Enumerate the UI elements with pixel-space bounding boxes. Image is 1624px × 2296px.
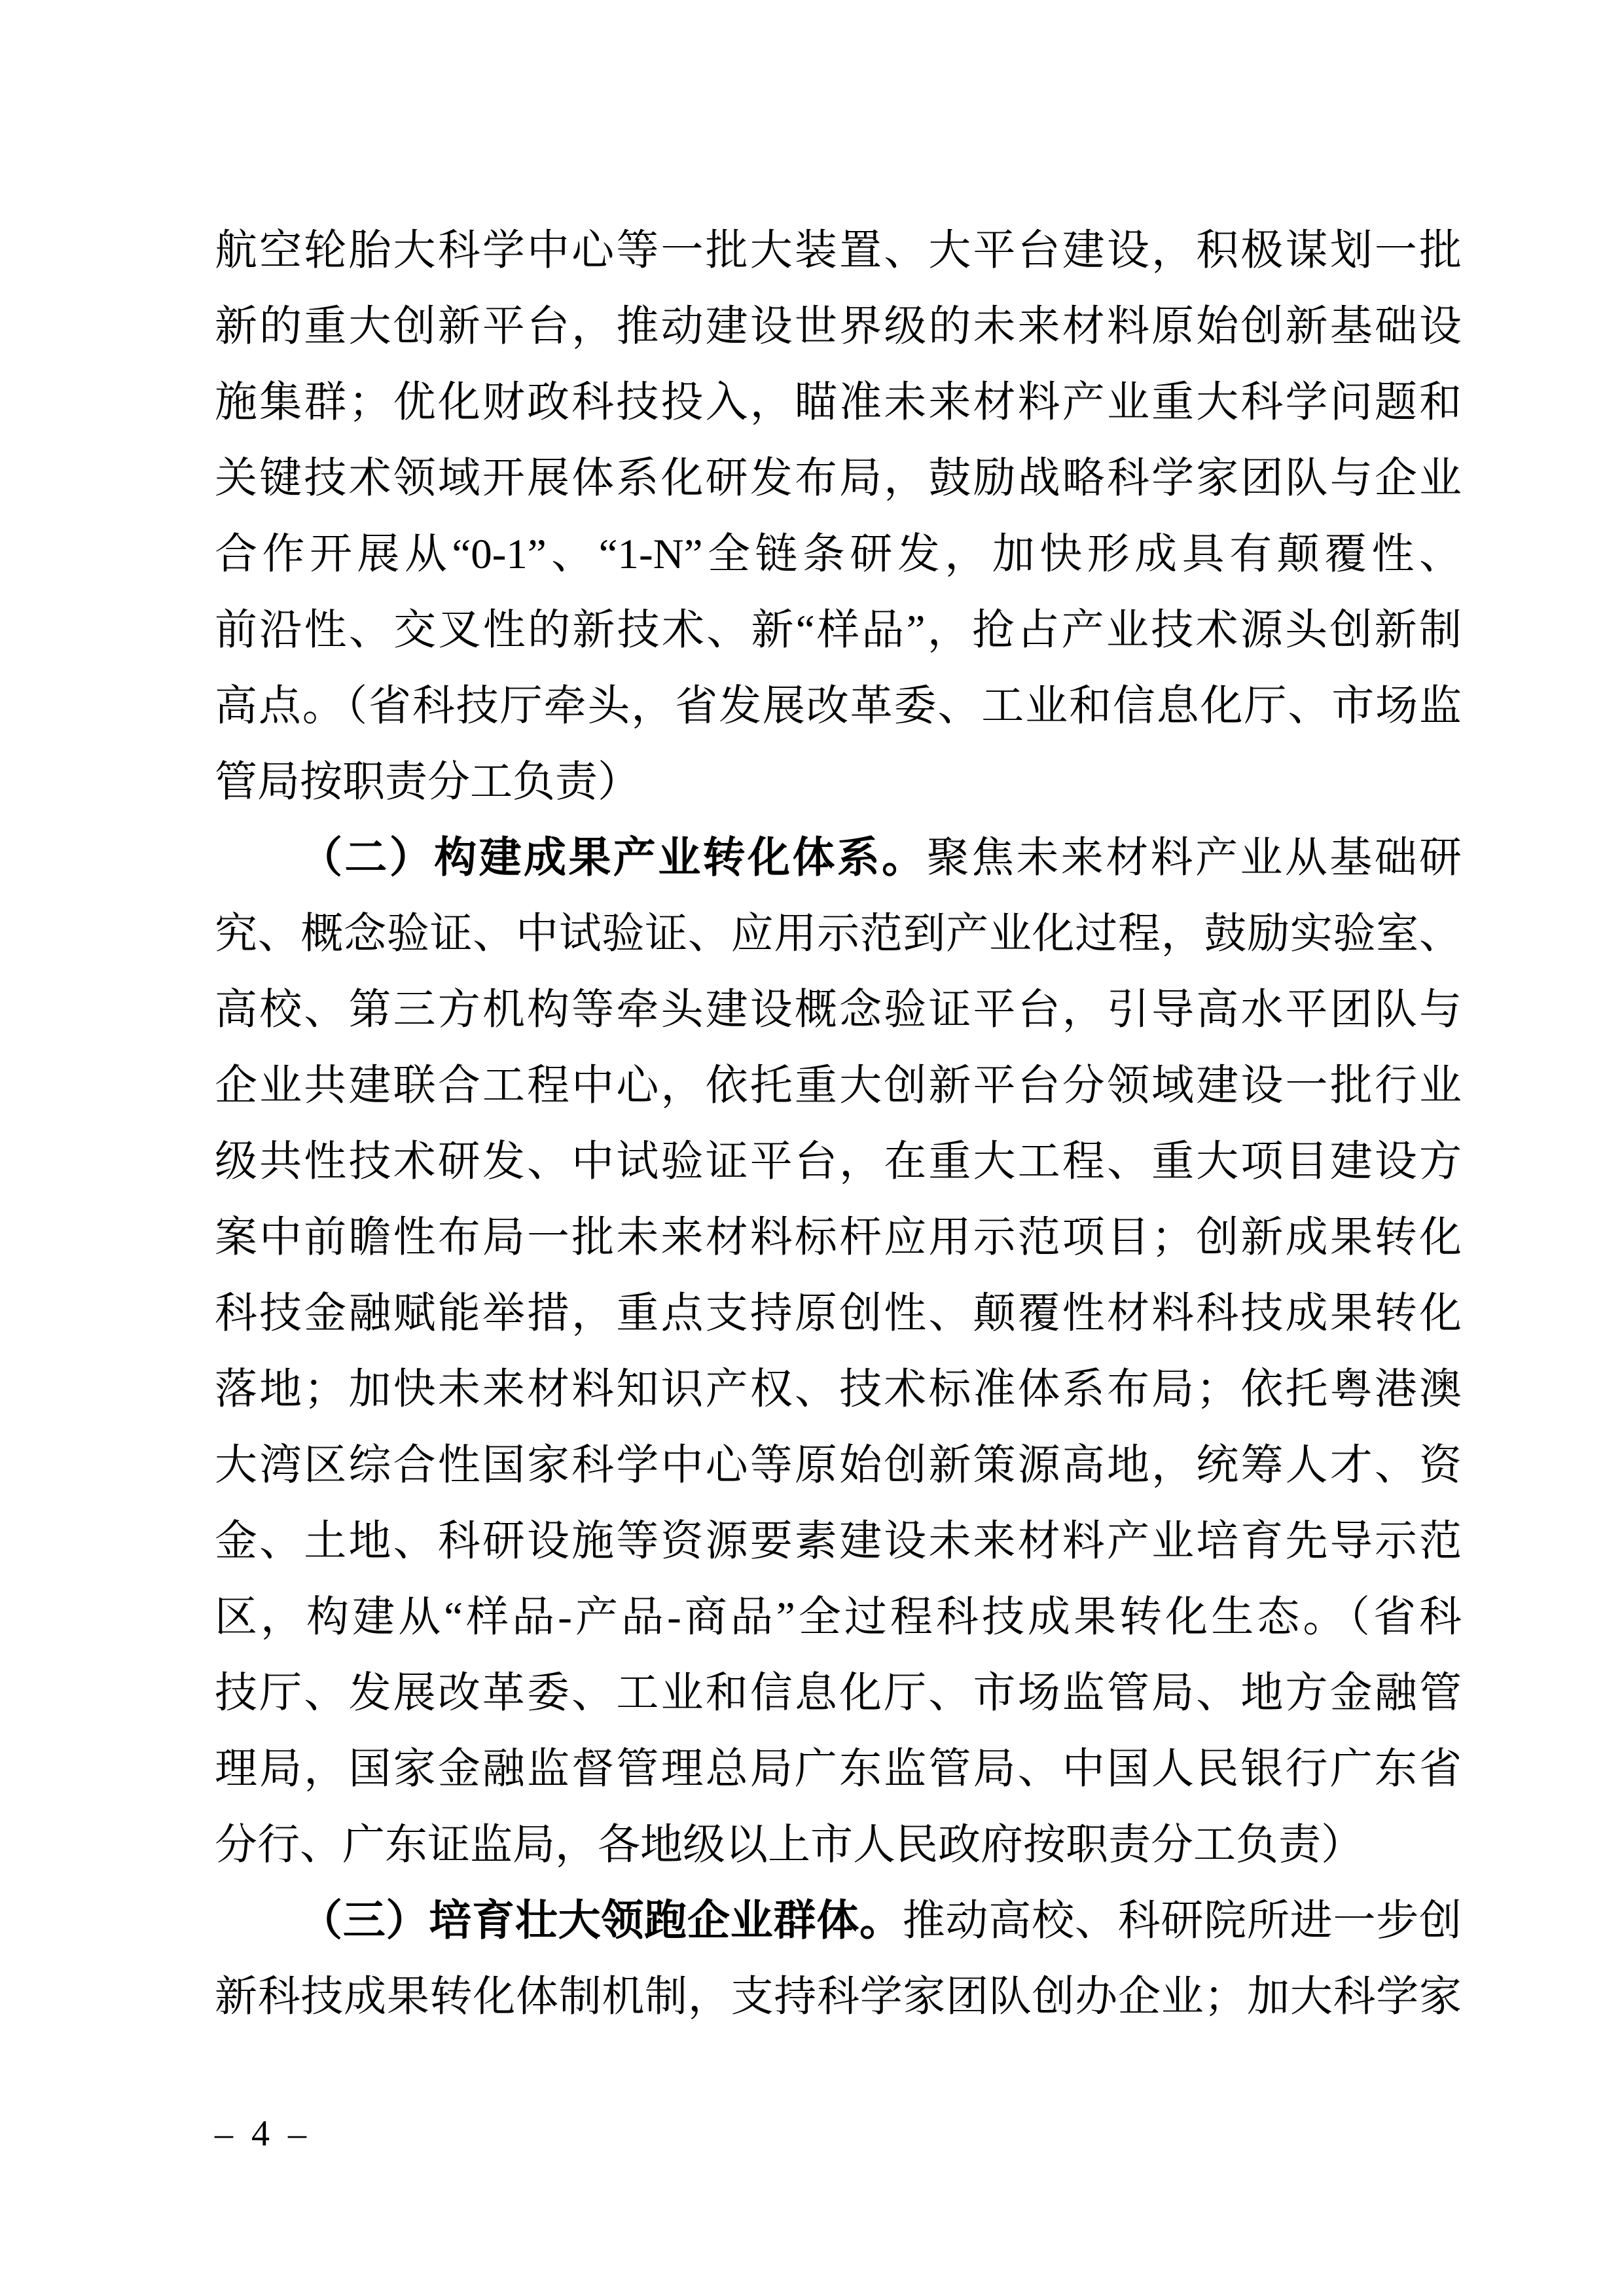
text-segment: 技厅、发展改革委、工业和信息化厅、市场监管局、地方金融管 [215, 1670, 1462, 1717]
page-number: – 4 – [215, 2113, 306, 2155]
text-line: 金、土地、科研设施等资源要素建设未来材料产业培育先导示范 [215, 1503, 1462, 1579]
text-line: 施集群；优化财政科技投入，瞄准未来材料产业重大科学问题和 [215, 365, 1462, 440]
text-segment: 理局，国家金融监督管理总局广东监管局、中国人民银行广东省 [215, 1746, 1462, 1793]
text-line: 合作开展从“0-1”、“1-N”全链条研发，加快形成具有颠覆性、 [215, 516, 1462, 592]
text-segment: 企业共建联合工程中心，依托重大创新平台分领域建设一批行业 [215, 1062, 1462, 1109]
section-heading-text: （三）培育壮大领跑企业群体。 [300, 1897, 903, 1945]
text-segment: 施集群；优化财政科技投入，瞄准未来材料产业重大科学问题和 [215, 379, 1462, 426]
text-line: 理局，国家金融监督管理总局广东监管局、中国人民银行广东省 [215, 1731, 1462, 1807]
text-line: 科技金融赋能举措，重点支持原创性、颠覆性材料科技成果转化 [215, 1276, 1462, 1352]
document-body: 航空轮胎大科学中心等一批大装置、大平台建设，积极谋划一批新的重大创新平台，推动建… [215, 213, 1462, 2035]
text-line: （三）培育壮大领跑企业群体。推动高校、科研院所进一步创 [215, 1883, 1462, 1959]
text-segment: 案中前瞻性布局一批未来材料标杆应用示范项目；创新成果转化 [215, 1214, 1462, 1261]
text-segment: 新科技成果转化体制机制，支持科学家团队创办企业；加大科学家 [215, 1973, 1462, 2020]
text-segment: 高点。（省科技厅牵头，省发展改革委、工业和信息化厅、市场监 [215, 683, 1462, 730]
text-segment: 聚焦未来材料产业从基础研 [927, 834, 1462, 882]
text-segment: 落地；加快未来材料知识产权、技术标准体系布局；依托粤港澳 [215, 1366, 1462, 1413]
text-line: 新科技成果转化体制机制，支持科学家团队创办企业；加大科学家 [215, 1959, 1462, 2035]
text-line: 大湾区综合性国家科学中心等原始创新策源高地，统筹人才、资 [215, 1427, 1462, 1503]
text-segment: 前沿性、交叉性的新技术、新“样品”，抢占产业技术源头创新制 [215, 607, 1462, 654]
text-line: 技厅、发展改革委、工业和信息化厅、市场监管局、地方金融管 [215, 1655, 1462, 1731]
text-line: 航空轮胎大科学中心等一批大装置、大平台建设，积极谋划一批 [215, 213, 1462, 289]
text-segment: 合作开展从“0-1”、“1-N”全链条研发，加快形成具有颠覆性、 [215, 531, 1462, 578]
text-line: 企业共建联合工程中心，依托重大创新平台分领域建设一批行业 [215, 1048, 1462, 1124]
text-line: 案中前瞻性布局一批未来材料标杆应用示范项目；创新成果转化 [215, 1200, 1462, 1276]
text-segment: 航空轮胎大科学中心等一批大装置、大平台建设，积极谋划一批 [215, 227, 1462, 274]
text-segment: 科技金融赋能举措，重点支持原创性、颠覆性材料科技成果转化 [215, 1290, 1462, 1337]
text-line: （二）构建成果产业转化体系。聚焦未来材料产业从基础研 [215, 820, 1462, 896]
text-line: 究、概念验证、中试验证、应用示范到产业化过程，鼓励实验室、 [215, 896, 1462, 972]
document-page: 航空轮胎大科学中心等一批大装置、大平台建设，积极谋划一批新的重大创新平台，推动建… [0, 0, 1624, 2296]
text-line: 前沿性、交叉性的新技术、新“样品”，抢占产业技术源头创新制 [215, 592, 1462, 668]
text-segment: 级共性技术研发、中试验证平台，在重大工程、重大项目建设方 [215, 1138, 1462, 1185]
text-segment: 关键技术领域开展体系化研发布局，鼓励战略科学家团队与企业 [215, 455, 1462, 502]
text-line: 高校、第三方机构等牵头建设概念验证平台，引导高水平团队与 [215, 972, 1462, 1048]
text-line: 区，构建从“样品-产品-商品”全过程科技成果转化生态。（省科 [215, 1579, 1462, 1655]
text-segment: 分行、广东证监局，各地级以上市人民政府按职责分工负责） [215, 1821, 1363, 1869]
text-line: 关键技术领域开展体系化研发布局，鼓励战略科学家团队与企业 [215, 440, 1462, 516]
section-heading-text: （二）构建成果产业转化体系。 [300, 834, 927, 882]
text-segment: 金、土地、科研设施等资源要素建设未来材料产业培育先导示范 [215, 1518, 1462, 1565]
text-segment: 大湾区综合性国家科学中心等原始创新策源高地，统筹人才、资 [215, 1442, 1462, 1489]
text-line: 级共性技术研发、中试验证平台，在重大工程、重大项目建设方 [215, 1124, 1462, 1200]
text-line: 落地；加快未来材料知识产权、技术标准体系布局；依托粤港澳 [215, 1352, 1462, 1427]
text-segment: 新的重大创新平台，推动建设世界级的未来材料原始创新基础设 [215, 303, 1462, 350]
text-line: 新的重大创新平台，推动建设世界级的未来材料原始创新基础设 [215, 289, 1462, 365]
text-line: 高点。（省科技厅牵头，省发展改革委、工业和信息化厅、市场监 [215, 668, 1462, 744]
text-line: 管局按职责分工负责） [215, 744, 1462, 820]
text-line: 分行、广东证监局，各地级以上市人民政府按职责分工负责） [215, 1807, 1462, 1883]
text-segment: 管局按职责分工负责） [215, 759, 640, 806]
text-segment: 推动高校、科研院所进一步创 [903, 1897, 1462, 1945]
text-segment: 究、概念验证、中试验证、应用示范到产业化过程，鼓励实验室、 [215, 910, 1462, 958]
text-segment: 高校、第三方机构等牵头建设概念验证平台，引导高水平团队与 [215, 986, 1462, 1033]
text-segment: 区，构建从“样品-产品-商品”全过程科技成果转化生态。（省科 [215, 1594, 1462, 1641]
